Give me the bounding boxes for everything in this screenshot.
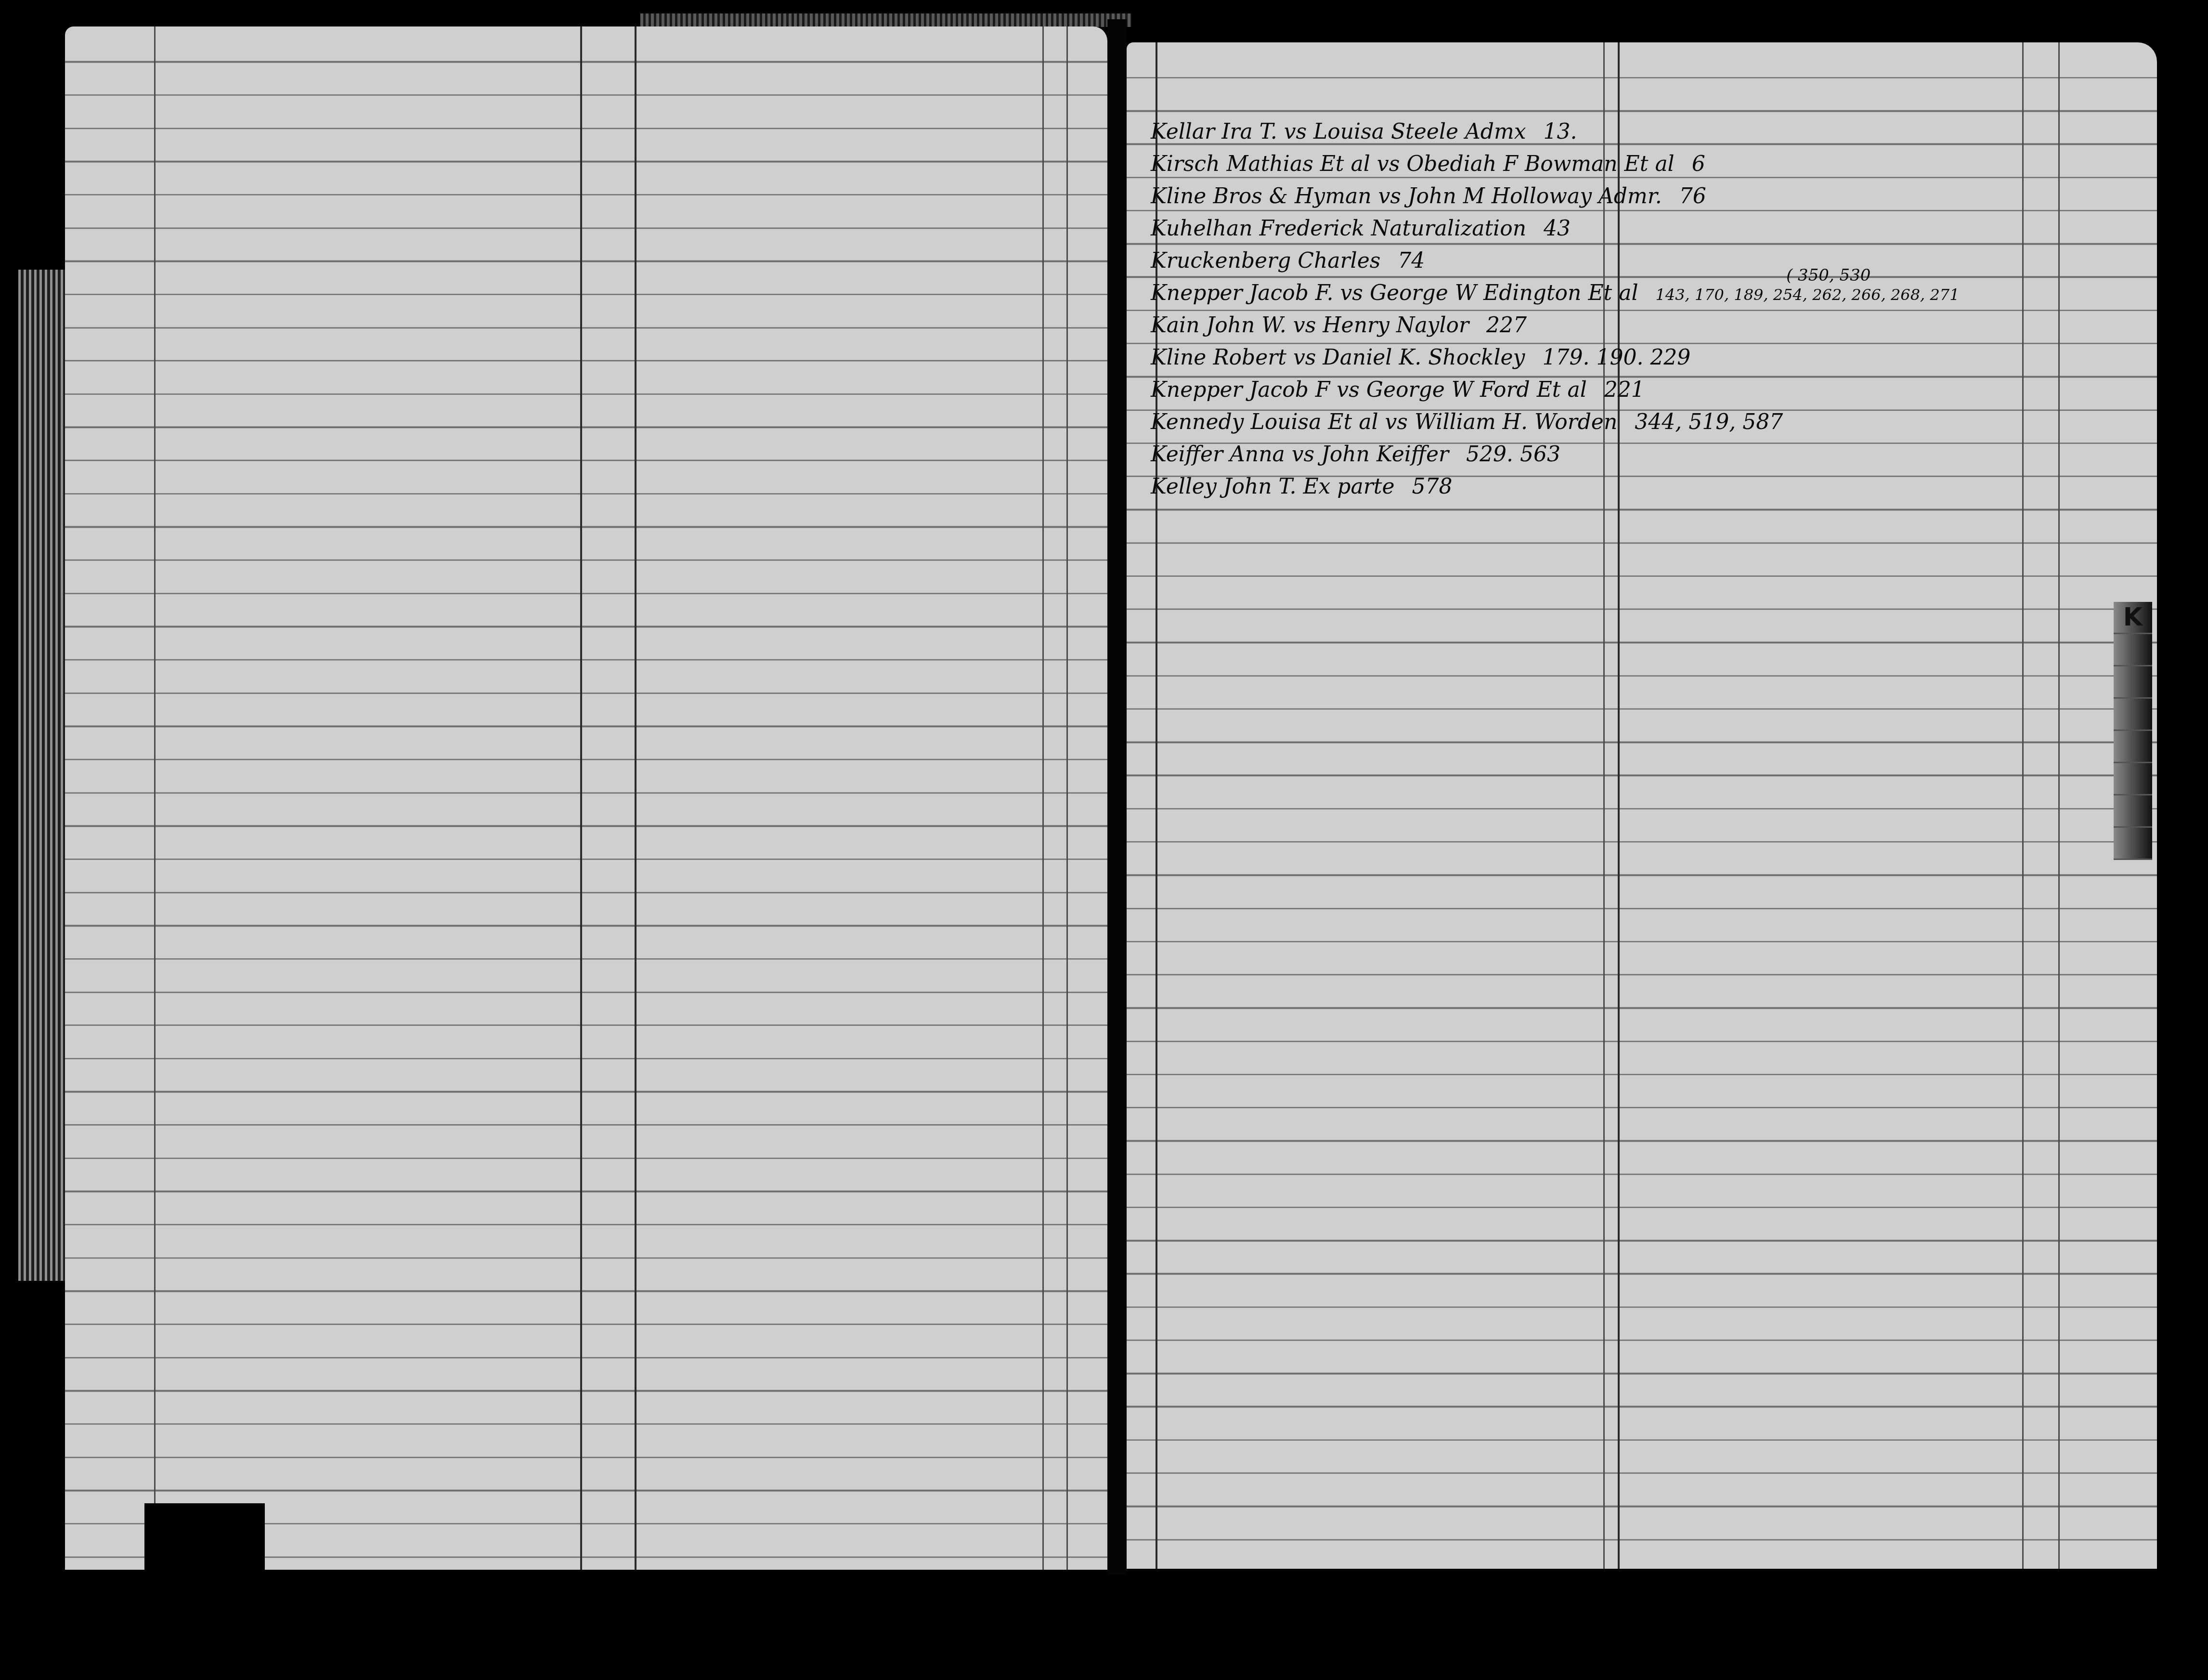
versus-label: vs	[1293, 313, 1316, 338]
party-name: Kennedy Louisa Et al	[1151, 410, 1378, 434]
versus-label: vs	[1293, 345, 1316, 370]
thumb-tab[interactable]	[2114, 731, 2152, 763]
versus-label: vs	[1284, 119, 1307, 144]
page-refs: 74	[1398, 248, 1425, 273]
page-refs-continued: ( 350, 530	[1786, 260, 1870, 292]
page-refs: 221	[1604, 378, 1645, 402]
thumb-tab[interactable]	[2114, 763, 2152, 795]
opposing-party: Louisa Steele Admx	[1313, 119, 1526, 144]
party-name: Kuhelhan Frederick	[1151, 216, 1364, 241]
index-entry: Kline Bros & Hyman vs John M Holloway Ad…	[1151, 180, 2065, 212]
opposing-party: William H. Worden	[1415, 410, 1617, 434]
column-rule	[1066, 26, 1068, 1570]
index-entries: Kellar Ira T. vs Louisa Steele Admx 13. …	[1151, 116, 2065, 503]
binding-cloth-left	[18, 270, 71, 1281]
matter-type: Ex parte	[1303, 474, 1394, 499]
versus-label: vs	[1340, 281, 1363, 305]
opposing-party: Daniel K. Shockley	[1323, 345, 1525, 370]
thumb-tab[interactable]	[2114, 828, 2152, 860]
binding-cloth-top	[640, 13, 1131, 27]
thumb-tab-k[interactable]: K	[2114, 602, 2152, 634]
column-rule	[635, 26, 636, 1570]
thumb-tab[interactable]	[2114, 666, 2152, 699]
index-entry: Kuhelhan Frederick Naturalization 43	[1151, 212, 2065, 245]
opposing-party: Obediah F Bowman Et al	[1406, 152, 1674, 176]
index-entry: Kellar Ira T. vs Louisa Steele Admx 13.	[1151, 116, 2065, 148]
versus-label: vs	[1337, 378, 1359, 402]
party-name: Kline Bros & Hyman	[1151, 184, 1371, 208]
index-entry: Kennedy Louisa Et al vs William H. Worde…	[1151, 406, 2065, 438]
opposing-party: John Keiffer	[1321, 442, 1449, 467]
page-refs: 13.	[1543, 119, 1577, 144]
margin-rule	[154, 26, 156, 1570]
opposing-party: George W Ford Et al	[1366, 378, 1587, 402]
index-entry: Kelley John T. Ex parte 578	[1151, 470, 2065, 503]
page-refs: 76	[1679, 184, 1706, 208]
party-name: Kelley John T.	[1151, 474, 1296, 499]
book-spine	[1107, 19, 1127, 1575]
alphabet-thumb-tabs: K	[2114, 602, 2152, 860]
party-name: Kline Robert	[1151, 345, 1286, 370]
left-ledger-page	[65, 26, 1107, 1570]
versus-label: vs	[1385, 410, 1407, 434]
page-refs: 227	[1486, 313, 1527, 338]
party-name: Kruckenberg Charles	[1151, 248, 1380, 273]
page-refs: 529. 563	[1466, 442, 1560, 467]
page-refs: 578	[1412, 474, 1453, 499]
column-rule	[580, 26, 582, 1570]
matter-type: Naturalization	[1371, 216, 1526, 241]
versus-label: vs	[1292, 442, 1314, 467]
index-entry: Keiffer Anna vs John Keiffer 529. 563	[1151, 438, 2065, 470]
page-refs: 43	[1544, 216, 1571, 241]
page-refs: 344, 519, 587	[1635, 410, 1783, 434]
index-entry: Kline Robert vs Daniel K. Shockley 179. …	[1151, 341, 2065, 374]
party-name: Kain John W.	[1151, 313, 1286, 338]
torn-corner	[144, 1503, 265, 1571]
index-entry: Knepper Jacob F. vs George W Edington Et…	[1151, 277, 2065, 309]
page-refs: 179. 190. 229	[1542, 345, 1690, 370]
versus-label: vs	[1378, 184, 1401, 208]
thumb-tab[interactable]	[2114, 795, 2152, 828]
party-name: Keiffer Anna	[1151, 442, 1285, 467]
index-entry: Knepper Jacob F vs George W Ford Et al 2…	[1151, 374, 2065, 406]
index-entry: Kain John W. vs Henry Naylor 227	[1151, 309, 2065, 341]
party-name: Kellar Ira T.	[1151, 119, 1277, 144]
thumb-tab[interactable]	[2114, 634, 2152, 666]
index-entry: Kruckenberg Charles 74	[1151, 245, 2065, 277]
opposing-party: George W Edington Et al	[1370, 281, 1638, 305]
versus-label: vs	[1377, 152, 1400, 176]
page-refs: 6	[1692, 152, 1705, 176]
thumb-tab[interactable]	[2114, 699, 2152, 731]
column-rule	[1042, 26, 1044, 1570]
opposing-party: Henry Naylor	[1323, 313, 1469, 338]
party-name: Knepper Jacob F	[1151, 378, 1330, 402]
opposing-party: John M Holloway Admr.	[1408, 184, 1662, 208]
party-name: Kirsch Mathias Et al	[1151, 152, 1370, 176]
party-name: Knepper Jacob F.	[1151, 281, 1333, 305]
index-entry: Kirsch Mathias Et al vs Obediah F Bowman…	[1151, 148, 2065, 180]
